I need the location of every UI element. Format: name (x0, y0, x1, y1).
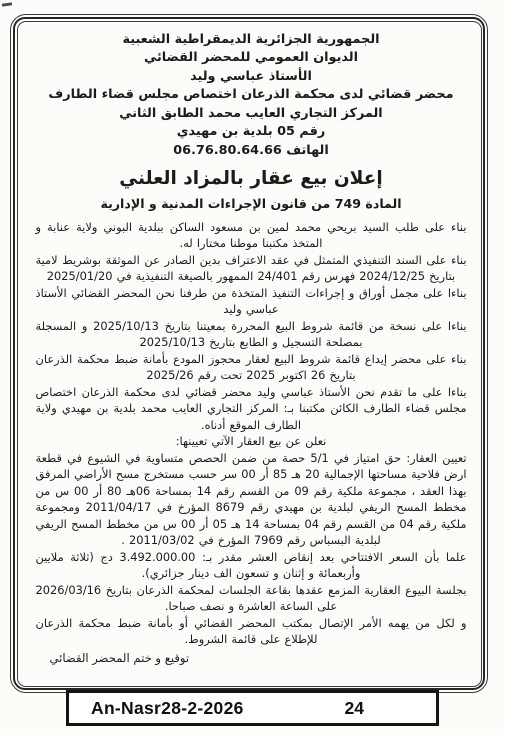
body-paragraph: علما بأن السعر الافتتاحي بعد إنقاص العشر… (36, 549, 467, 582)
scan-artifact-mark (2, 2, 12, 6)
notice-subtitle: المادة 749 من قانون الإجراءات المدنية و … (36, 195, 467, 213)
body-paragraph: بناءا على مجمل أوراق و إجراءات التنفيذ ا… (36, 285, 467, 318)
newspaper-name-date: An-Nasr28-2-2026 (91, 698, 244, 719)
scanned-notice-page: { "page": { "background": "#fcfcf8", "in… (0, 0, 505, 735)
body-paragraph: بناءا على نسخة من قائمة شروط البيع المحر… (36, 318, 467, 351)
notice-body: بناء على طلب السيد بريحي محمد لمين بن مس… (36, 219, 467, 648)
header-line: الهاتف 06.76.80.64.66 (36, 142, 467, 161)
notice-header: الجمهورية الجزائرية الديمقراطية الشعبية … (36, 31, 467, 161)
header-line: الأستاذ عباسي وليد (36, 68, 467, 87)
body-paragraph: تعيين العقار: حق امتياز في 5/1 حصة من ضم… (36, 450, 467, 549)
body-paragraph: بناءا على ما تقدم نحن الأستاذ عباسي وليد… (36, 384, 467, 434)
signature-line: توقيع و ختم المحضر القضائي (36, 651, 467, 665)
header-line: المركز التجاري العايب محمد الطابق الثاني (36, 105, 467, 124)
body-paragraph: بناء على محضر إيداع قائمة شروط البيع لعق… (36, 351, 467, 384)
body-paragraph: نعلن عن بيع العقار الآتي تعيينها: (36, 433, 467, 450)
page-number: 24 (345, 698, 364, 719)
body-paragraph: و لكل من يهمه الأمر الإتصال بمكتب المحضر… (36, 615, 467, 648)
header-line: محضر قضائي لدى محكمة الذرعان اختصاص مجلس… (36, 86, 467, 105)
notice-border-mid: الجمهورية الجزائرية الديمقراطية الشعبية … (13, 17, 485, 690)
body-paragraph: بجلسة البيوع العقارية المزمع عقدها بقاعة… (36, 582, 467, 615)
notice-border-frame: الجمهورية الجزائرية الديمقراطية الشعبية … (10, 14, 488, 693)
header-line: رقم 05 بلدية بن مهيدي (36, 123, 467, 142)
notice-title: إعلان بيع عقار بالمزاد العلني (36, 166, 467, 192)
notice-content: الجمهورية الجزائرية الديمقراطية الشعبية … (17, 21, 482, 687)
body-paragraph: بناء على طلب السيد بريحي محمد لمين بن مس… (36, 219, 467, 252)
newspaper-footer-strip: An-Nasr28-2-2026 24 (66, 690, 439, 726)
body-paragraph: بناء على السند التنفيذي المتمثل في عقد ا… (36, 252, 467, 285)
header-line: الجمهورية الجزائرية الديمقراطية الشعبية (36, 31, 467, 50)
header-line: الديوان العمومي للمحضر القضائي (36, 49, 467, 68)
